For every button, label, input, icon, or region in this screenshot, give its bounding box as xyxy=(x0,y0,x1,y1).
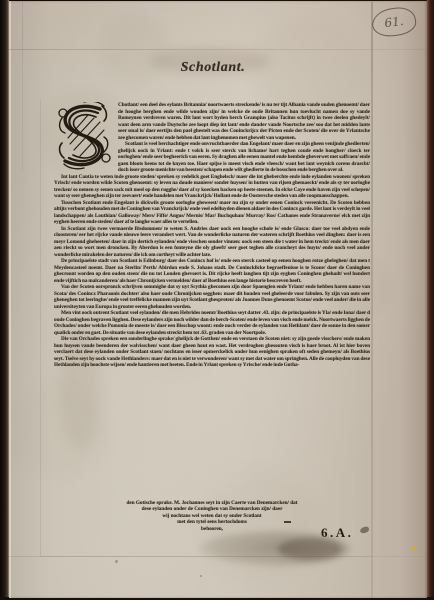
paragraph: Men vint oock ontrent Scotlant veel eyla… xyxy=(54,310,370,336)
ornate-initial-S xyxy=(54,102,114,170)
folio-number: 61. xyxy=(384,14,405,30)
ink-dash-mark xyxy=(284,521,291,523)
page-title: Schotlant. xyxy=(138,60,288,76)
paragraph-text: Chotlant/ een deel des eylants Britannia… xyxy=(118,102,370,141)
vertical-crease-right xyxy=(371,2,373,598)
yellow-speck xyxy=(412,546,416,550)
small-speck xyxy=(200,575,202,577)
paragraph: Chotlant/ een deel des eylants Britannia… xyxy=(54,102,370,141)
book-gutter-edge xyxy=(0,0,9,600)
paragraph: Int lant Cantia te weten inde groote ste… xyxy=(54,174,370,200)
paragraph: In Scotlant zijn twee vermaerde Bisdomme… xyxy=(54,226,370,259)
page-fore-edge xyxy=(427,0,434,600)
paragraph: Die van Orchades spreken een sonderlingh… xyxy=(54,336,370,369)
paragraph: De principaelste stadt van Scotlant is E… xyxy=(54,258,370,284)
body-text-block: Chotlant/ een deel des eylants Britannia… xyxy=(54,102,370,500)
small-speck xyxy=(115,560,118,563)
impression-line-left xyxy=(40,100,41,556)
vertical-crease-left xyxy=(22,2,23,172)
paragraph: Van der Scoten oorspronck schrijven somm… xyxy=(54,284,370,310)
smudge-stain-core xyxy=(278,538,342,560)
photographed-book-page: { "page": { "folio_annotation": "61.", "… xyxy=(0,0,434,600)
paragraph: Tusschen Scotlant ende Engelant is dickw… xyxy=(54,200,370,226)
